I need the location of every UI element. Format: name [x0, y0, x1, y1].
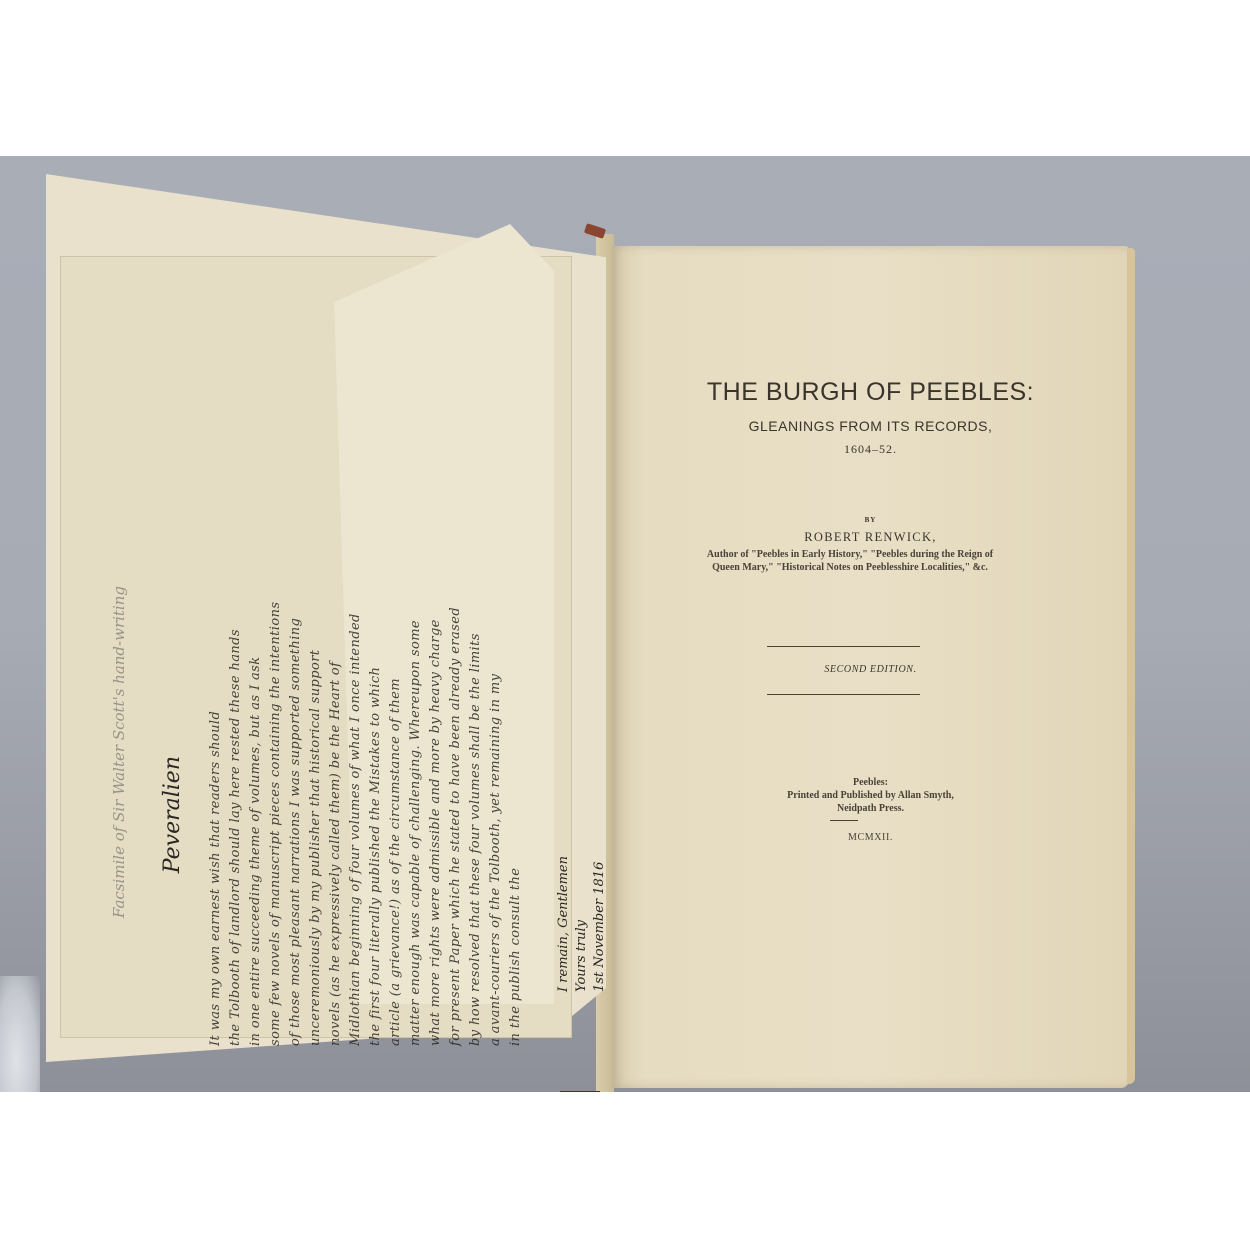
- imprint-publisher: Printed and Published by Allan Smyth,: [612, 789, 1129, 802]
- rule-below-edition: [767, 694, 920, 695]
- rule-above-edition: [767, 646, 920, 647]
- letter-line: in the publish consult the: [506, 486, 526, 1046]
- letter-line: matter enough was capable of challenging…: [406, 486, 426, 1046]
- bookmark-tassel: [0, 976, 40, 1092]
- letter-closing: I remain, Gentlemen: [555, 856, 573, 992]
- imprint: Peebles: Printed and Published by Allan …: [612, 776, 1129, 815]
- letter-line: unceremoniously by my publisher that his…: [306, 486, 326, 1046]
- letter-line: the first four literally published the M…: [366, 486, 386, 1046]
- other-works-line: Queen Mary," "Historical Notes on Peeble…: [660, 561, 1040, 574]
- letter-line: some few novels of manuscript pieces con…: [266, 486, 286, 1046]
- letter-line: what more rights were admissible and mor…: [426, 486, 446, 1046]
- author-name: ROBERT RENWICK,: [612, 530, 1129, 545]
- book-photograph: Facsimile of Sir Walter Scott's hand-wri…: [0, 156, 1250, 1092]
- book-dates: 1604–52.: [612, 442, 1129, 457]
- letter-line: of those most pleasant narrations I was …: [286, 486, 306, 1046]
- letter-line: in one entire succeeding theme of volume…: [246, 486, 266, 1046]
- short-rule: [830, 820, 858, 821]
- letter-line: by how resolved that these four volumes …: [466, 486, 486, 1046]
- imprint-place: Peebles:: [612, 776, 1129, 789]
- by-label: BY: [612, 516, 1129, 524]
- letter-line: novels (as he expressively called them) …: [326, 486, 346, 1046]
- letter-line: It was my own earnest wish that readers …: [206, 486, 226, 1046]
- publication-year: MCMXII.: [612, 832, 1129, 843]
- book-title: THE BURGH OF PEEBLES:: [612, 378, 1129, 407]
- author-other-works: Author of "Peebles in Early History," "P…: [660, 548, 1040, 574]
- letter-line: Midlothian beginning of four volumes of …: [346, 486, 366, 1046]
- letter-date: 1st November 1816: [591, 856, 609, 992]
- pencil-annotation: Facsimile of Sir Walter Scott's hand-wri…: [110, 586, 128, 918]
- letter-signoff: I remain, Gentlemen Yours truly 1st Nove…: [555, 856, 609, 992]
- letter-line: for present Paper which he stated to hav…: [446, 486, 466, 1046]
- letter-signoff-text: Yours truly: [573, 856, 591, 992]
- imprint-press: Neidpath Press.: [612, 802, 1129, 815]
- other-works-line: Author of "Peebles in Early History," "P…: [660, 548, 1040, 561]
- letter-line: article (a grievance!) as of the circums…: [386, 486, 406, 1046]
- leather-cover-bottom: [560, 1091, 600, 1092]
- book-subtitle: GLEANINGS FROM ITS RECORDS,: [612, 418, 1129, 434]
- edition-label: SECOND EDITION.: [612, 664, 1129, 675]
- letter-salutation: Peveralien: [160, 756, 185, 873]
- letter-line: the Tolbooth of landlord should lay here…: [226, 486, 246, 1046]
- leather-cover-corner: [584, 223, 606, 239]
- letter-line: a avant-couriers of the Tolbooth, yet re…: [486, 486, 506, 1046]
- letter-body: It was my own earnest wish that readers …: [206, 486, 566, 1046]
